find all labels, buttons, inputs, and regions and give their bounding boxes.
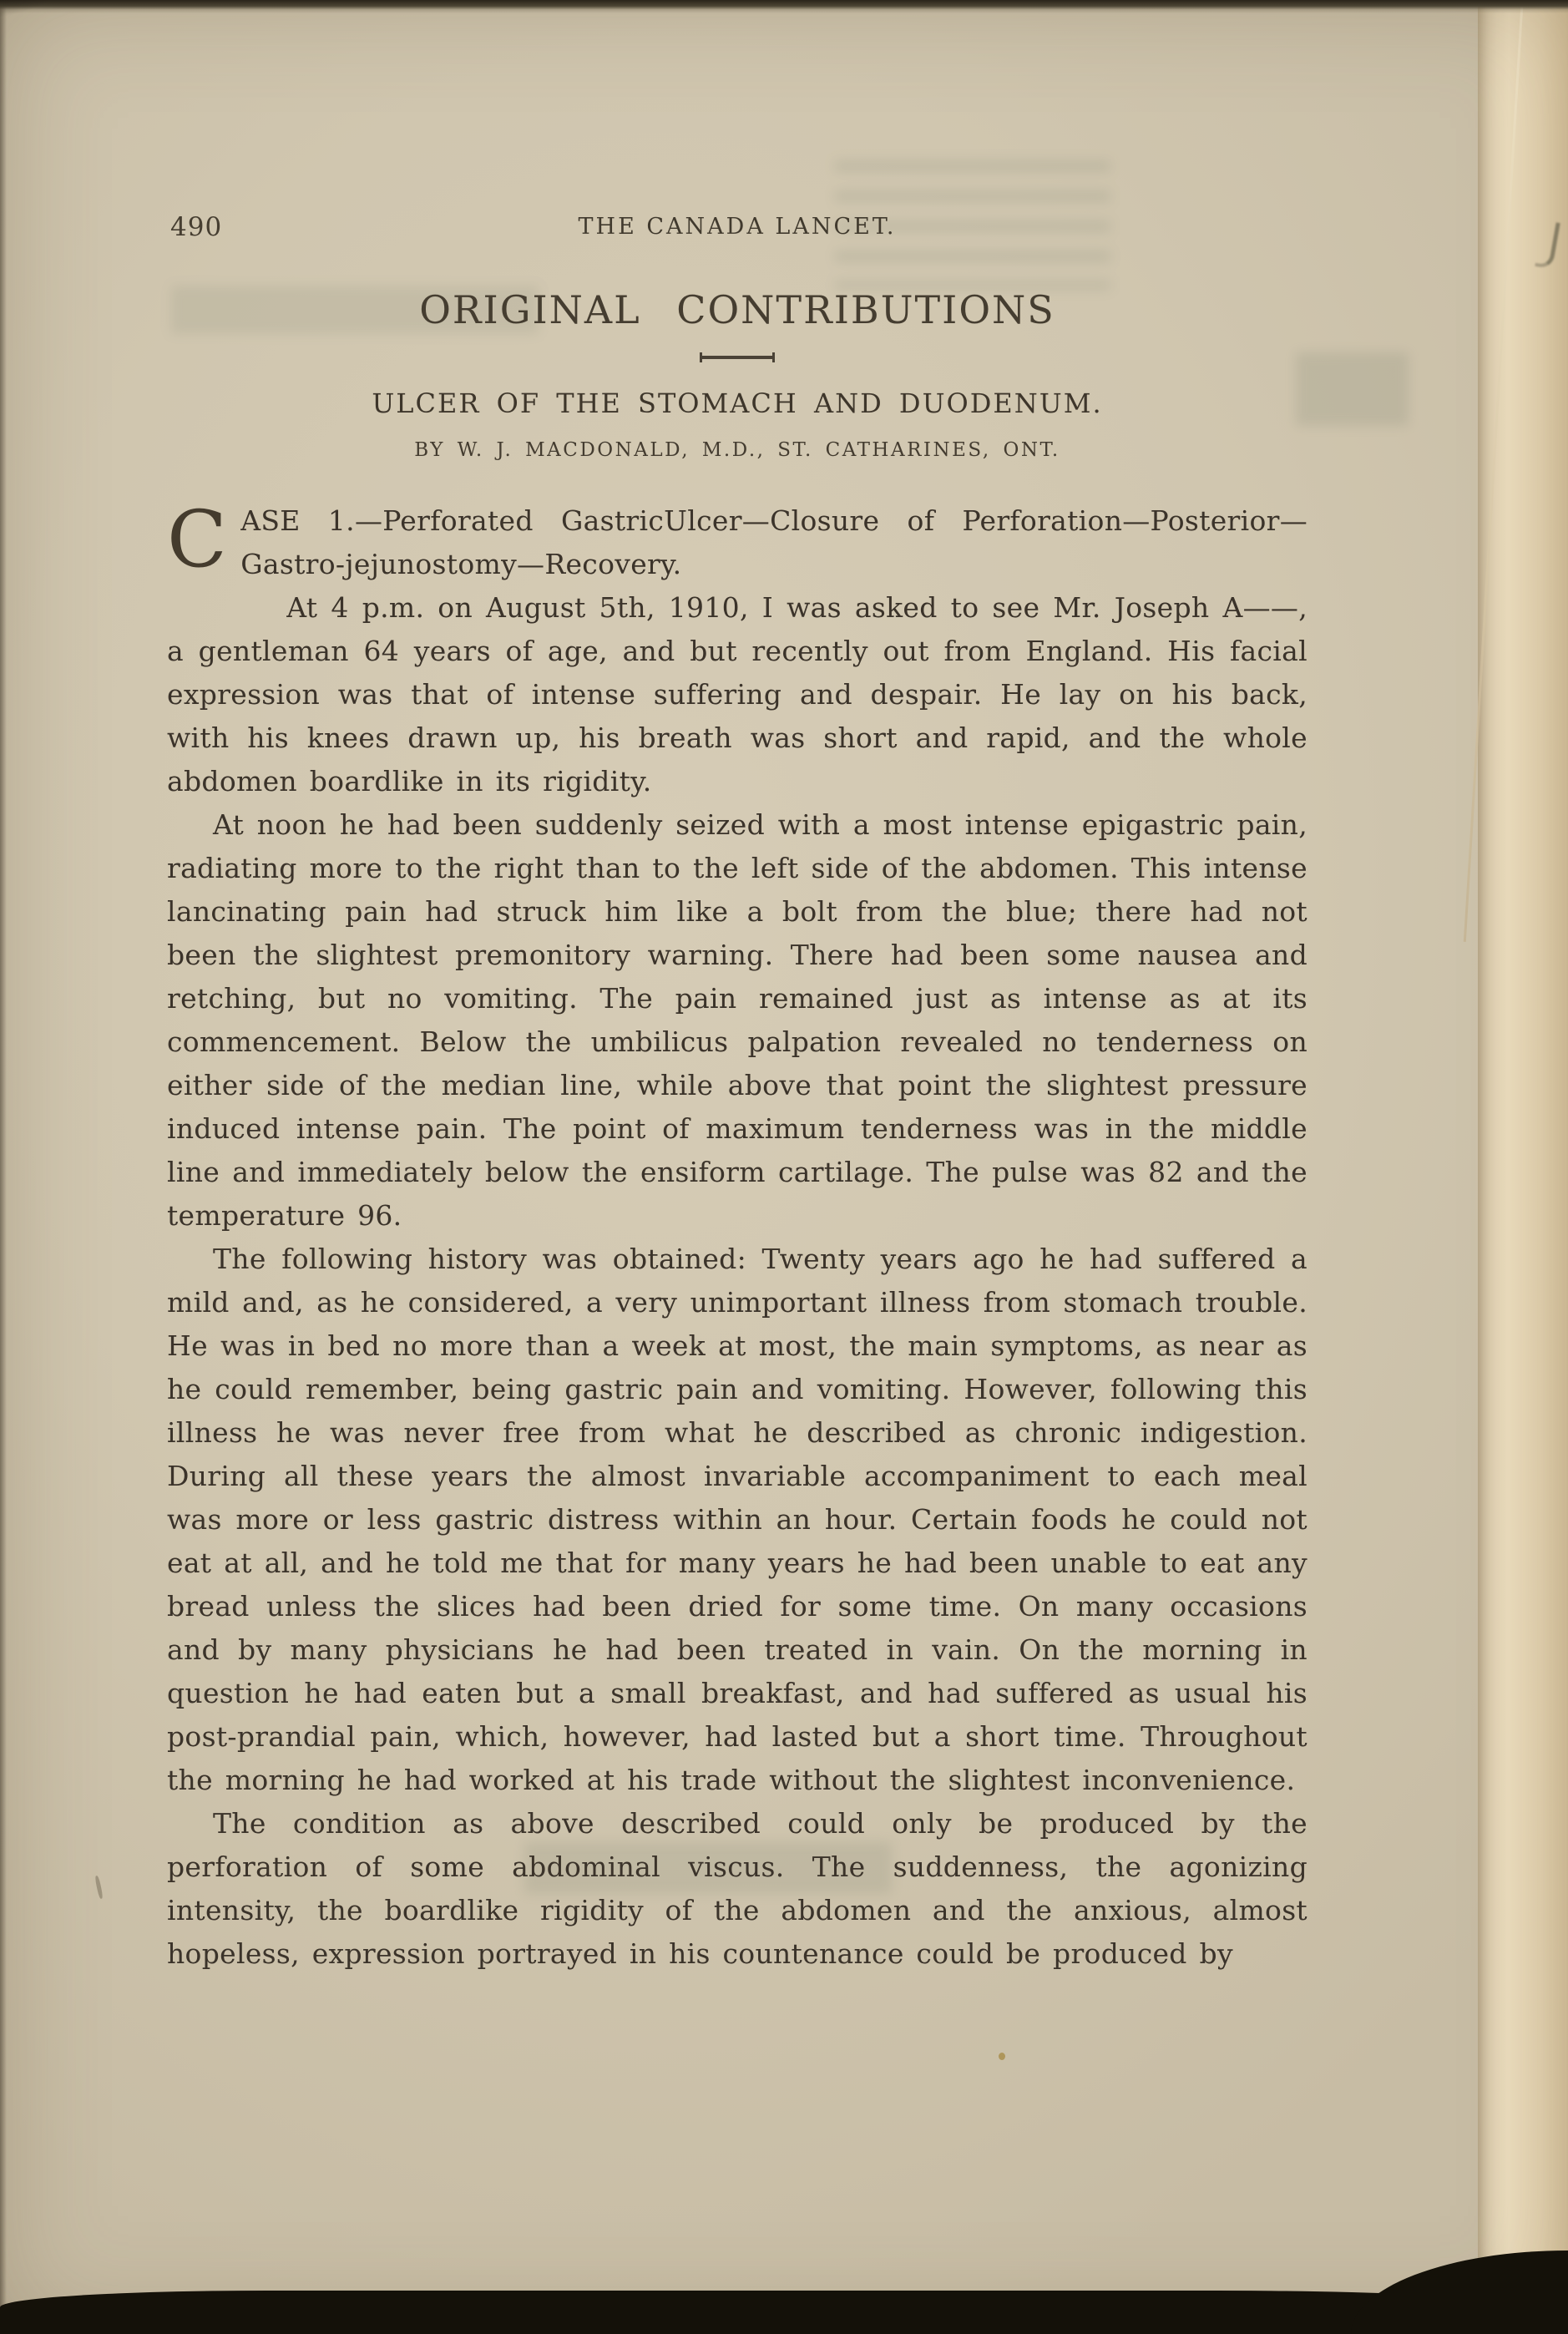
scanned-journal-page: { "page": { "paper_color": "#d0c6af", "i…	[0, 0, 1568, 2334]
page-content: 490 THE CANADA LANCET. ORIGINAL CONTRIBU…	[167, 209, 1308, 1976]
paragraph: At 4 p.m. on August 5th, 1910, I was ask…	[167, 586, 1308, 803]
section-divider	[701, 356, 773, 359]
page-header: 490 THE CANADA LANCET.	[167, 209, 1308, 244]
scan-top-left-corner	[0, 0, 125, 58]
drop-cap: C	[167, 499, 240, 588]
section-title: ORIGINAL CONTRIBUTIONS	[167, 289, 1308, 331]
page-curl-mark	[1535, 220, 1560, 270]
bleedthrough-stain	[1296, 352, 1409, 426]
scan-left-edge	[0, 0, 7, 2334]
ink-speck	[999, 2053, 1005, 2060]
scan-bottom-right-corner	[1351, 2250, 1568, 2334]
ink-speck	[94, 1876, 104, 1899]
page-crease	[1464, 0, 1525, 942]
case-heading-text: ASE 1.—Perforated GastricUlcer—Closure o…	[240, 504, 1308, 580]
scan-bottom-edge	[0, 2291, 1568, 2334]
next-page-edge	[1478, 0, 1568, 2334]
scan-top-edge	[0, 0, 1568, 13]
article-byline: BY W. J. MACDONALD, M.D., ST. CATHARINES…	[167, 439, 1308, 461]
article-title: ULCER OF THE STOMACH AND DUODENUM.	[167, 387, 1308, 419]
paragraph: At noon he had been suddenly seized with…	[167, 803, 1308, 1238]
article-body: CASE 1.—Perforated GastricUlcer—Closure …	[167, 499, 1308, 1976]
page-background: 490 THE CANADA LANCET. ORIGINAL CONTRIBU…	[0, 0, 1568, 2334]
paragraph: The following history was obtained: Twen…	[167, 1238, 1308, 1802]
case-heading-paragraph: CASE 1.—Perforated GastricUlcer—Closure …	[167, 499, 1308, 586]
paragraph: The condition as above described could o…	[167, 1802, 1308, 1976]
journal-header: THE CANADA LANCET.	[167, 214, 1308, 240]
